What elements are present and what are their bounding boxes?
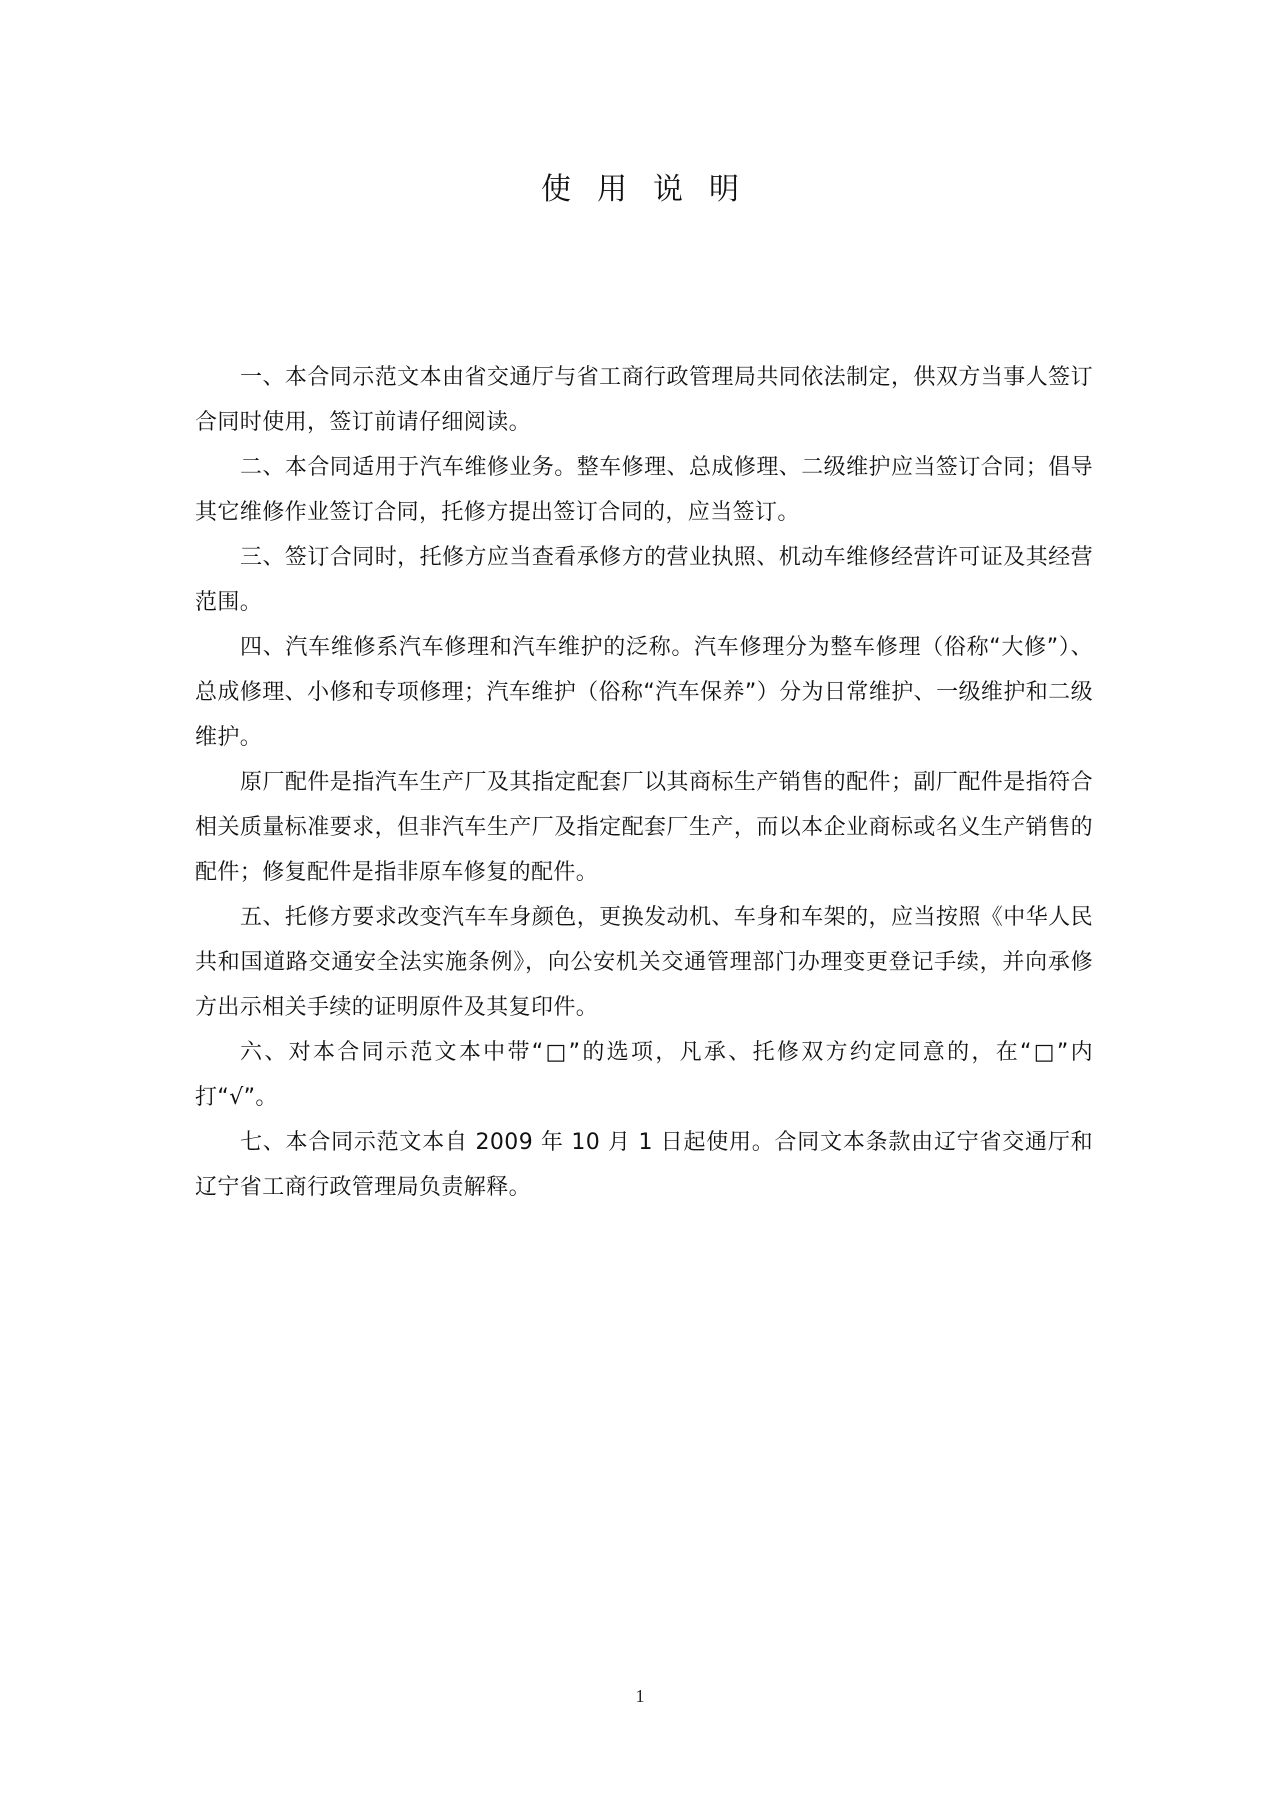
paragraph-7: 七、本合同示范文本自 2009 年 10 月 1 日起使用。合同文本条款由辽宁省…	[195, 1120, 1093, 1210]
paragraph-5: 五、托修方要求改变汽车车身颜色，更换发动机、车身和车架的，应当按照《中华人民共和…	[195, 895, 1093, 1030]
instructions-body: 一、本合同示范文本由省交通厅与省工商行政管理局共同依法制定，供双方当事人签订合同…	[195, 355, 1093, 1210]
paragraph-6: 六、对本合同示范文本中带“□”的选项，凡承、托修双方约定同意的，在“□”内打“√…	[195, 1030, 1093, 1120]
paragraph-1: 一、本合同示范文本由省交通厅与省工商行政管理局共同依法制定，供双方当事人签订合同…	[195, 355, 1093, 445]
paragraph-4: 四、汽车维修系汽车修理和汽车维护的泛称。汽车修理分为整车修理（俗称“大修”）、总…	[195, 625, 1093, 760]
page-number: 1	[0, 1686, 1280, 1707]
page-title: 使用说明	[0, 168, 1280, 212]
paragraph-3: 三、签订合同时，托修方应当查看承修方的营业执照、机动车维修经营许可证及其经营范围…	[195, 535, 1093, 625]
paragraph-parts-definition: 原厂配件是指汽车生产厂及其指定配套厂以其商标生产销售的配件；副厂配件是指符合相关…	[195, 760, 1093, 895]
paragraph-2: 二、本合同适用于汽车维修业务。整车修理、总成修理、二级维护应当签订合同；倡导其它…	[195, 445, 1093, 535]
document-page: 使用说明 一、本合同示范文本由省交通厅与省工商行政管理局共同依法制定，供双方当事…	[0, 0, 1280, 1810]
